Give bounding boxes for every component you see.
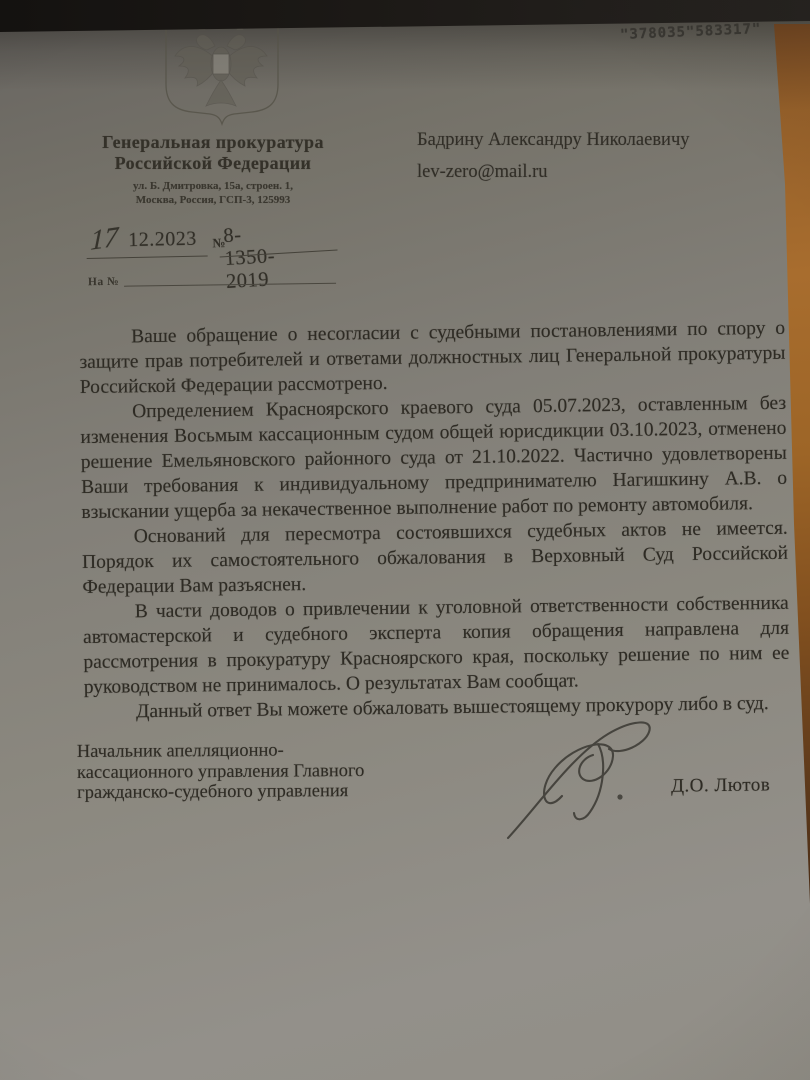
paragraph-3: Оснований для пересмотра состоявшихся су… [82,516,789,600]
franking-number: "378035"583317" [620,21,762,43]
paragraph-1: Ваше обращение о несогласии с судебными … [79,316,786,400]
signer-title-line1: Начальник апелляционно- [77,740,365,763]
signer-title-line2: кассационного управления Главного [77,760,365,783]
address-line1: ул. Б. Дмитровка, 15а, строен. 1, [60,180,366,194]
coat-of-arms-icon [163,18,281,139]
letter-body: Ваше обращение о несогласии с судебными … [79,316,790,725]
date-underline [87,255,208,259]
incoming-number-line: На № [88,272,119,290]
incoming-number-label: На № [88,276,119,288]
handwritten-signature [500,698,700,858]
org-line1: Генеральная прокуратура [60,132,366,153]
signer-title-line3: гражданско-судебного управления [77,781,365,804]
letter-date: 12.2023 [128,228,197,252]
letterhead-org-name: Генеральная прокуратура Российской Федер… [60,132,366,174]
paragraph-4: В части доводов о привлечении к уголовно… [83,591,790,700]
letter-photo: Генеральная прокуратура Российской Федер… [0,0,810,1080]
handwritten-day: 17 [90,221,119,257]
letterhead-address: ул. Б. Дмитровка, 15а, строен. 1, Москва… [60,180,366,207]
recipient-block: Бадрину Александру Николаевичу lev-zero@… [417,130,690,183]
signer-title: Начальник апелляционно- кассационного уп… [77,740,365,804]
recipient-email: lev-zero@mail.ru [417,162,690,183]
recipient-name: Бадрину Александру Николаевичу [417,130,690,151]
paragraph-2: Определением Красноярского краевого суда… [80,391,788,525]
org-line2: Российской Федерации [60,153,366,174]
address-line2: Москва, Россия, ГСП-3, 125993 [60,194,366,208]
